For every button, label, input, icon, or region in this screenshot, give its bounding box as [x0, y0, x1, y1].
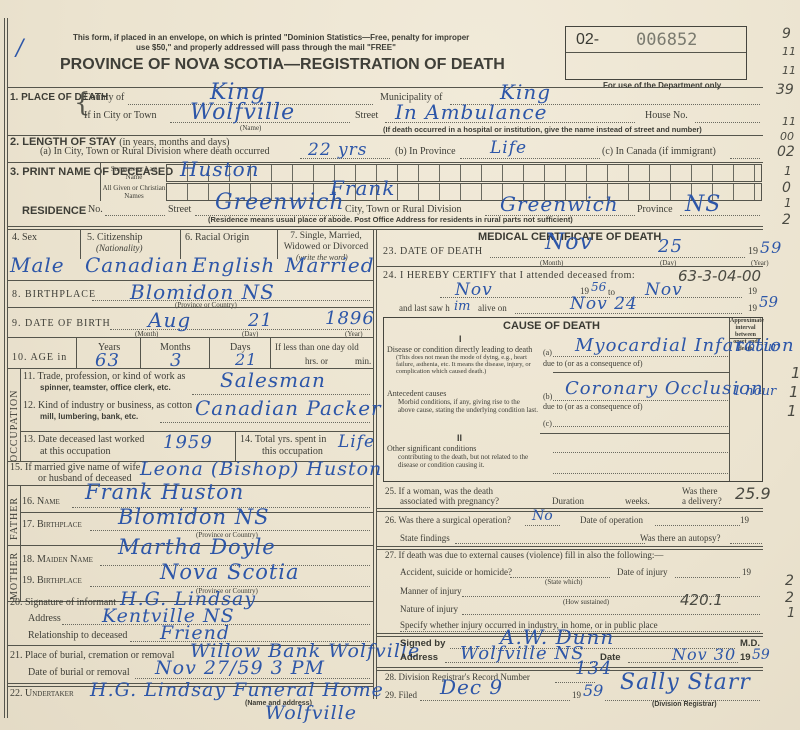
margin-code: 02	[777, 144, 795, 160]
registration-number-box: 02- 006852	[565, 26, 747, 80]
findings-label: State findings	[400, 533, 450, 543]
racial-origin-label: 6. Racial Origin	[185, 232, 249, 243]
autopsy-label: Was there an autopsy?	[640, 533, 721, 543]
pregnancy-label-2: associated with pregnancy?	[400, 496, 499, 506]
citizenship-value: Canadian	[85, 253, 189, 277]
last-worked-value: 1959	[163, 432, 213, 453]
signature-address-label: Address	[400, 652, 438, 663]
cause-a-interval: 1 hour	[735, 340, 778, 355]
margin-code: 11	[782, 115, 796, 128]
certify-code: 63-3-04-00	[678, 267, 761, 285]
age-days-value: 21	[235, 350, 257, 369]
citizenship-hint: (Nationality)	[96, 243, 143, 253]
surname-label: Surname or Last Name	[103, 165, 165, 181]
attended-to-year-prefix: 19	[748, 286, 757, 296]
margin-code: 11	[782, 45, 796, 58]
external-causes-label: 27. If death was due to external causes …	[385, 550, 663, 560]
cause-b-label: (b)	[543, 392, 552, 401]
stay-province-label: (b) In Province	[395, 146, 456, 157]
marital-status-label: 7. Single, Married, Widowed or Divorced	[280, 231, 372, 253]
attended-to-value: Nov	[645, 280, 683, 300]
industry-value: Canadian Packer	[195, 396, 382, 420]
dept-use-note: For use of the Department only	[603, 81, 721, 90]
disease-note: (This does not mean the mode of dying, e…	[396, 354, 536, 375]
alive-on-label: alive on	[478, 303, 507, 313]
part-1-label: I	[459, 334, 462, 344]
other-conditions-note: contributing to the death, but not relat…	[398, 453, 538, 469]
reg-prefix: 02-	[576, 31, 599, 49]
margin-code: 9	[782, 26, 791, 42]
residence-street-label: Street	[168, 204, 191, 215]
margin-code: 11	[782, 64, 796, 77]
total-years-value: Life	[338, 432, 375, 452]
mother-side-label: MOTHER	[9, 550, 20, 600]
state-which-hint: (State which)	[545, 578, 583, 586]
street-value: In Ambulance	[395, 100, 547, 124]
trade-label-2: spinner, teamster, office clerk, etc.	[40, 383, 171, 392]
residence-city-value: Greenwich	[500, 192, 619, 216]
signature-year-value: 59	[752, 647, 770, 663]
dob-day: 21	[248, 310, 273, 331]
trade-label: 11. Trade, profession, or kind of work a…	[23, 371, 185, 382]
pregnancy-label: 25. If a woman, was the death	[385, 486, 493, 496]
marital-status-value: Married	[285, 253, 375, 277]
father-name-label: 16. Name	[22, 496, 60, 507]
total-years-label-2: this occupation	[262, 446, 323, 457]
sex-label: 4. Sex	[12, 232, 37, 243]
registrar-hint: (Division Registrar)	[652, 701, 717, 708]
residence-province-value: NS	[685, 192, 721, 217]
disease-label: Disease or condition directly leading to…	[387, 345, 532, 354]
signed-by-label: Signed by	[400, 638, 445, 649]
margin-code: 1	[784, 196, 792, 210]
other-conditions-label: Other significant conditions	[387, 444, 476, 453]
industry-label-2: mill, lumbering, bank, etc.	[40, 412, 138, 421]
stay-canada-label: (c) In Canada (if immigrant)	[602, 146, 716, 157]
signature-year-prefix: 19	[740, 652, 751, 663]
weeks-label: weeks.	[625, 496, 650, 506]
mother-maiden-label: 18. Maiden Name	[22, 554, 93, 565]
dob-year: 1896	[325, 308, 375, 329]
margin-code: 39	[776, 82, 794, 98]
dod-year-prefix: 19	[748, 246, 758, 257]
mother-birthplace-value: Nova Scotia	[160, 560, 300, 584]
filed-label: 29. Filed	[385, 690, 417, 700]
part-2-label: II	[457, 433, 462, 443]
father-side-label: FATHER	[9, 490, 20, 540]
delivery-label: Was there	[682, 486, 718, 496]
last-worked-label-2: at this occupation	[40, 446, 111, 457]
pregnancy-code: 25.9	[735, 484, 771, 503]
name-hint: (Name)	[240, 124, 261, 132]
relationship-label: Relationship to deceased	[28, 630, 127, 641]
margin-code: 2	[785, 590, 794, 606]
alive-year: 59	[759, 293, 778, 311]
margin-code: 2	[785, 573, 794, 589]
filed-year-value: 59	[583, 681, 603, 700]
mail-notice-line2: use $50," and properly addressed will pa…	[136, 43, 396, 52]
city-value: Wolfville	[190, 100, 295, 125]
residence-street-value: Greenwich	[215, 190, 345, 215]
residence-province-label: Province	[637, 204, 673, 215]
cause-c-label: (c)	[543, 419, 552, 428]
manner-label: Manner of injury	[400, 586, 461, 596]
residence-city-label: City, Town or Rural Division	[345, 204, 462, 215]
dod-month: Nov	[545, 230, 593, 255]
antecedent-label: Antecedent causes	[387, 389, 446, 398]
attended-from-value: Nov	[455, 280, 493, 300]
age-label: 10. AGE in	[12, 352, 67, 363]
death-registration-form: / This form, if placed in an envelope, o…	[0, 0, 800, 730]
citizenship-label: 5. Citizenship	[87, 232, 143, 243]
left-margin-rule	[4, 18, 5, 718]
due-to-label-b: due to (or as a consequence of)	[543, 402, 643, 411]
occupation-side-label: OCCUPATION	[9, 372, 20, 462]
margin-code: 0	[782, 180, 791, 196]
operation-date-label: Date of operation	[580, 515, 643, 525]
nature-label: Nature of injury	[400, 604, 458, 614]
given-names-label: All Given or Christian Names	[101, 184, 167, 200]
dob-label: 9. DATE OF BIRTH	[12, 318, 111, 329]
registrar-signature: Sally Starr	[620, 670, 751, 695]
stay-province-value: Life	[490, 138, 527, 158]
last-saw-him: im	[454, 299, 471, 314]
industry-label: 12. Kind of industry or business, as cot…	[23, 400, 192, 411]
dob-month: Aug	[148, 308, 191, 332]
filed-date-value: Dec 9	[440, 675, 503, 699]
mother-maiden-value: Martha Doyle	[118, 535, 276, 559]
cause-a-label: (a)	[543, 348, 552, 357]
informant-address-label: Address	[28, 613, 61, 624]
birthplace-label: 8. BIRTHPLACE	[12, 289, 96, 300]
surgery-value: No	[532, 508, 553, 524]
injury-date-label: Date of injury	[617, 567, 667, 577]
margin-code: 1	[791, 364, 800, 382]
alive-on-value: Nov 24	[570, 294, 638, 314]
signature-date-value: Nov 30	[672, 645, 736, 664]
surname-value: Huston	[180, 157, 260, 181]
cause-of-death-title: CAUSE OF DEATH	[503, 320, 600, 332]
margin-code: 00	[780, 130, 794, 143]
min-label: min.	[355, 356, 371, 366]
mail-notice-line1: This form, if placed in an envelope, on …	[73, 33, 469, 42]
residence-label: RESIDENCE	[22, 205, 86, 217]
attended-from-year: 56	[591, 280, 606, 294]
street-label: Street	[355, 110, 378, 121]
accident-label: Accident, suicide or homicide?	[400, 567, 512, 577]
stay-city-label: (a) In City, Town or Rural Division wher…	[40, 146, 270, 157]
residence-note: (Residence means usual place of abode. P…	[208, 215, 573, 224]
margin-code: 1	[789, 383, 799, 401]
burial-date-value: Nov 27/59 3 PM	[155, 657, 325, 679]
last-saw-label: and last saw h	[399, 303, 450, 313]
father-birthplace-label: 17. Birthplace	[22, 519, 82, 530]
hospital-note: (If death occurred in a hospital or inst…	[383, 125, 702, 134]
form-title: PROVINCE OF NOVA SCOTIA—REGISTRATION OF …	[60, 56, 505, 74]
dod-year: 59	[760, 238, 782, 257]
spouse-label: 15. If married give name of wife	[10, 462, 140, 473]
signature-address-value: Wolfville NS	[460, 643, 584, 664]
county-label: County of	[84, 92, 124, 103]
less-than-day-label: If less than one day old	[275, 342, 359, 352]
burial-place-label: 21. Place of burial, cremation or remova…	[10, 650, 174, 661]
margin-code: 1	[787, 402, 797, 420]
record-number-value: 134	[575, 658, 612, 679]
dod-day: 25	[658, 236, 683, 257]
duration-label: Duration	[552, 496, 584, 506]
total-years-label: 14. Total yrs. spent in	[240, 434, 326, 445]
alive-year-prefix: 19	[748, 303, 757, 313]
injury-year-prefix: 19	[742, 567, 751, 577]
informant-signature-label: 20. Signature of informant	[10, 597, 116, 608]
undertaker-label: 22. Undertaker	[10, 688, 74, 699]
operation-year-prefix: 19	[740, 515, 749, 525]
undertaker-value: H.G. Lindsay Funeral Home	[90, 679, 384, 701]
house-no-label: House No.	[645, 110, 688, 121]
burial-date-label: Date of burial or removal	[28, 667, 130, 678]
how-sustained-hint: (How sustained)	[563, 598, 609, 606]
margin-tick-mark: /	[16, 36, 24, 61]
delivery-label-2: a delivery?	[682, 496, 722, 506]
father-name-value: Frank Huston	[85, 480, 244, 504]
filed-year-prefix: 19	[572, 690, 581, 700]
margin-code: 2	[782, 212, 791, 228]
reg-number: 006852	[636, 30, 697, 50]
cause-b-interval: 1 hour	[733, 384, 776, 399]
racial-origin-value: English	[192, 253, 275, 277]
stay-city-value: 22 yrs	[308, 140, 368, 160]
mother-birthplace-label: 19. Birthplace	[22, 575, 82, 586]
hrs-label: hrs. or	[305, 356, 328, 366]
spouse-value: Leona (Bishop) Huston	[140, 458, 382, 480]
surgery-label: 26. Was there a surgical operation?	[385, 515, 511, 525]
last-worked-label: 13. Date deceased last worked	[23, 434, 144, 445]
margin-code: 1	[784, 164, 792, 178]
trade-value: Salesman	[220, 368, 326, 392]
undertaker-address-value: Wolfville	[265, 702, 357, 724]
antecedent-note: Morbid conditions, if any, giving rise t…	[398, 398, 538, 414]
residence-no-label: No.	[88, 204, 103, 215]
dod-label: 23. DATE OF DEATH	[383, 246, 483, 257]
margin-code: 1	[787, 606, 795, 621]
father-birthplace-value: Blomidon NS	[118, 505, 269, 529]
sex-value: Male	[10, 253, 65, 277]
injury-code: 420.1	[680, 591, 723, 609]
city-label: If in City or Town	[84, 110, 156, 121]
place-of-death-label: 1. PLACE OF DEATH	[10, 92, 68, 103]
due-to-label-a: due to (or as a consequence of)	[543, 359, 643, 368]
